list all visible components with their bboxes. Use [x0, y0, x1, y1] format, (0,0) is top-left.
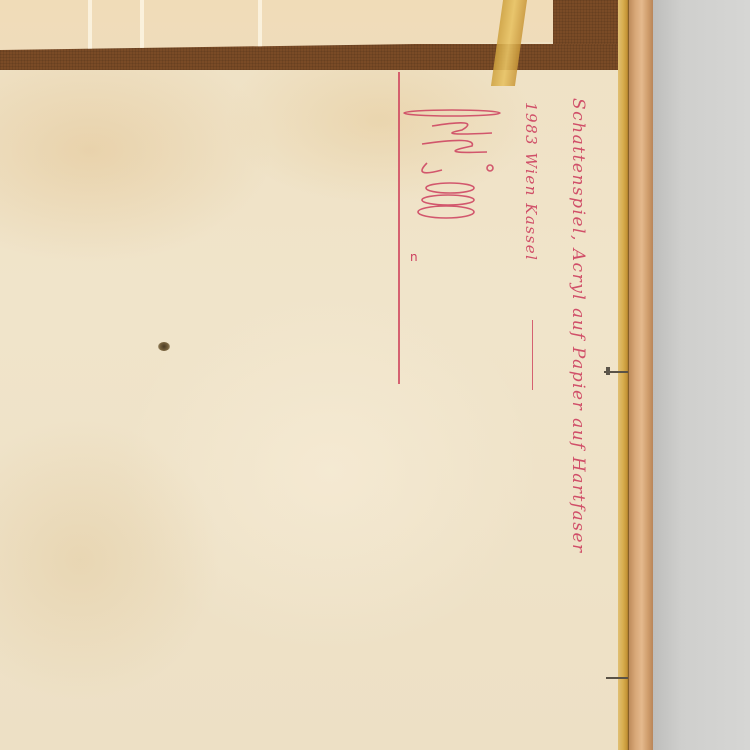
paper-seam: [88, 0, 92, 50]
artist-signature: [402, 108, 502, 228]
top-paper-backing: [0, 0, 553, 50]
wall: [652, 0, 750, 750]
frame-nail: [606, 677, 628, 679]
inscription-place-date: 1983 Wien Kassel: [522, 102, 540, 261]
wooden-frame: [628, 0, 653, 750]
underline-place: [532, 320, 533, 390]
paper-seam: [140, 0, 144, 50]
puncture-hole: [158, 342, 170, 351]
paper-seam: [258, 0, 262, 50]
inscription-mark: n: [410, 250, 418, 264]
inner-frame-edge: [617, 0, 629, 750]
vertical-red-line: [398, 72, 400, 384]
inscription-title: Schattenspiel, Acryl auf Papier auf Hart…: [568, 98, 588, 554]
nail-head: [606, 367, 610, 375]
